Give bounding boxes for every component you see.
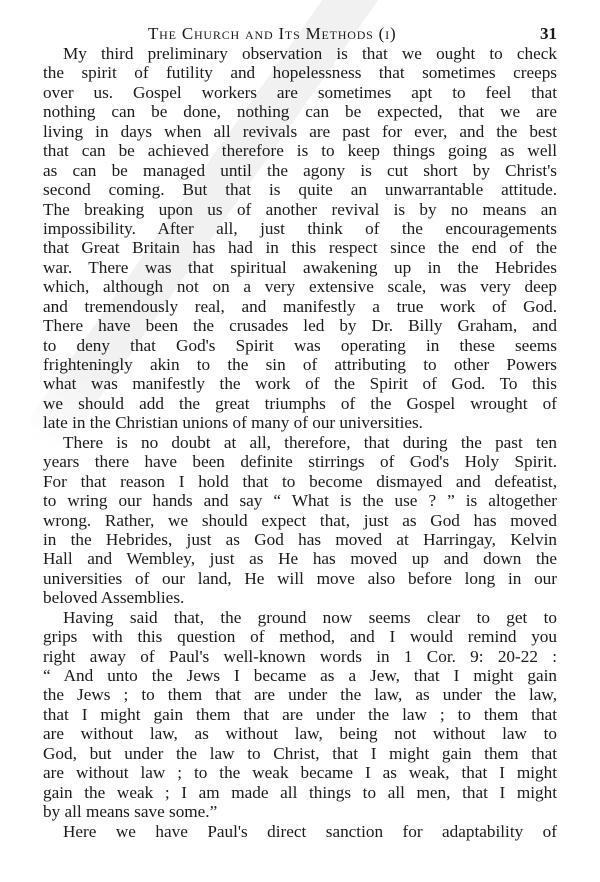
text-line: war. There was that spiritual awakening … [43, 258, 557, 277]
text-line: over us. Gospel workers are sometimes ap… [43, 83, 557, 102]
text-line: years there have been definite stirrings… [43, 452, 557, 471]
text-line: by all means save some.” [43, 802, 557, 821]
text-line: the Jews ; to them that are under the la… [43, 685, 557, 704]
paragraph-first-line: My third preliminary observation is that… [43, 44, 557, 63]
text-line: Hall and Wembley, just as He has moved u… [43, 549, 557, 568]
text-line: to wring our hands and say “ What is the… [43, 491, 557, 510]
text-line: wrong. Rather, we should expect that, ju… [43, 511, 557, 530]
text-line: right away of Paul's well-known words in… [43, 647, 557, 666]
text-line: are without law ; to the weak became I a… [43, 763, 557, 782]
text-line: to deny that God's Spirit was operating … [43, 336, 557, 355]
paragraph-first-line: Having said that, the ground now seems c… [43, 608, 557, 627]
text-line: grips with this question of method, and … [43, 627, 557, 646]
text-line: frighteningly akin to the sin of attribu… [43, 355, 557, 374]
text-line: universities of our land, He will move a… [43, 569, 557, 588]
text-line: The breaking upon us of another revival … [43, 200, 557, 219]
page-number: 31 [540, 24, 557, 44]
text-line: “ And unto the Jews I became as a Jew, t… [43, 666, 557, 685]
text-line: God, but under the law to Christ, that I… [43, 744, 557, 763]
text-line: which, although not on a very extensive … [43, 277, 557, 296]
text-line: that can be achieved therefore is to kee… [43, 141, 557, 160]
text-line: we should add the great triumphs of the … [43, 394, 557, 413]
paragraph-first-line: There is no doubt at all, therefore, tha… [43, 433, 557, 452]
text-line: For that reason I hold that to become di… [43, 472, 557, 491]
paragraph-first-line: Here we have Paul's direct sanction for … [43, 822, 557, 841]
running-title: The Church and Its Methods (i) [148, 24, 396, 44]
text-line: nothing can be done, nothing can be expe… [43, 102, 557, 121]
text-line: impossibility. After all, just think of … [43, 219, 557, 238]
book-page: The Church and Its Methods (i) 31 My thi… [0, 0, 600, 882]
text-line: as can be managed until the agony is cut… [43, 161, 557, 180]
text-line: and tremendously real, and manifestly a … [43, 297, 557, 316]
running-head: The Church and Its Methods (i) 31 [43, 24, 557, 46]
text-line: are without law, as without law, being n… [43, 724, 557, 743]
text-line: There have been the crusades led by Dr. … [43, 316, 557, 335]
text-line: late in the Christian unions of many of … [43, 413, 557, 432]
text-line: beloved Assemblies. [43, 588, 557, 607]
text-line: second coming. But that is quite an unwa… [43, 180, 557, 199]
text-line: living in days when all revivals are pas… [43, 122, 557, 141]
text-line: the spirit of futility and hopelessness … [43, 63, 557, 82]
text-line: gain the weak ; I am made all things to … [43, 783, 557, 802]
text-line: that Great Britain has had in this respe… [43, 238, 557, 257]
text-line: what was manifestly the work of the Spir… [43, 374, 557, 393]
text-line: in the Hebrides, just as God has moved a… [43, 530, 557, 549]
text-line: that I might gain them that are under th… [43, 705, 557, 724]
body-text: My third preliminary observation is that… [43, 44, 557, 841]
